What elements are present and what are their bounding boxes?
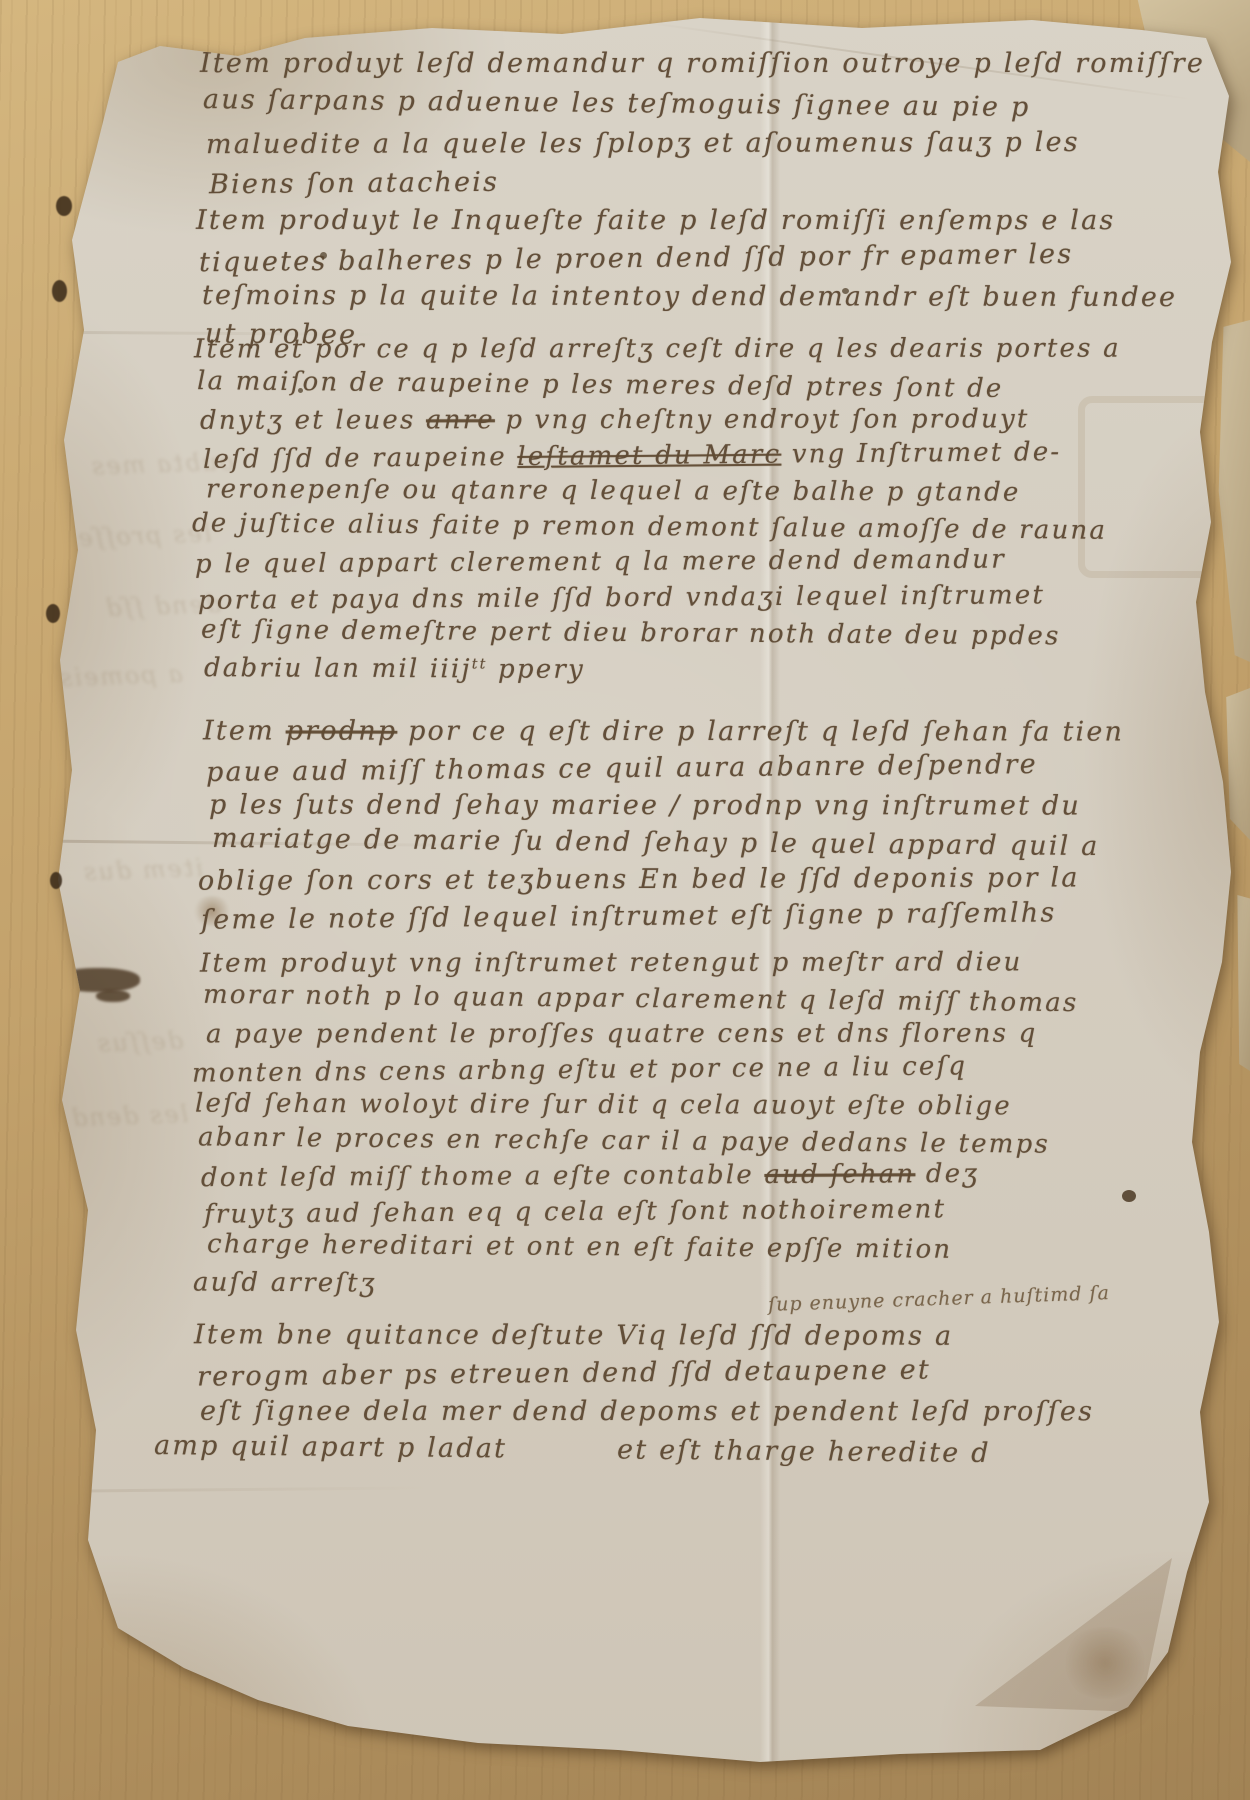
text-segment: paue aud miſſ thomas ce quil aura abanre… xyxy=(206,749,1038,788)
text-segment: ppery xyxy=(488,654,585,684)
manuscript-line: maluedite a la quele les ſplopʒ et aſoum… xyxy=(206,127,1080,160)
text-segment: reronepenſe ou qtanre q lequel a eſte ba… xyxy=(206,474,1021,507)
text-segment: leſd ſſd de raupeine xyxy=(203,442,518,475)
text-segment: auſd arreſtʒ xyxy=(193,1267,377,1298)
text-segment: monten dns cens arbng eſtu et por ce ne … xyxy=(192,1051,967,1088)
text-segment: amp quil apart p ladat xyxy=(154,1430,507,1464)
manuscript-line: reronepenſe ou qtanre q lequel a eſte ba… xyxy=(206,474,1021,507)
text-segment: abanr le proces en rechſe car il a paye … xyxy=(198,1122,1050,1159)
manuscript-line: monten dns cens arbng eſtu et por ce ne … xyxy=(192,1051,967,1088)
text-segment: oblige ſon cors et teʒbuens En bed le ſſ… xyxy=(198,862,1080,896)
manuscript-line: teſmoins p la quite la intentoy dend dem… xyxy=(202,280,1177,313)
ghost-text: les dend xyxy=(70,1100,189,1132)
ghost-text: deſſus xyxy=(96,1026,184,1057)
text-segment: p le quel appart clerement q la mere den… xyxy=(195,545,1006,580)
paper-hole xyxy=(1122,1190,1136,1202)
text-segment: eſt ſignee dela mer dend depoms et pende… xyxy=(200,1396,1094,1427)
text-segment: leſd ſehan woloyt dire ſur dit q cela au… xyxy=(195,1089,1012,1122)
ghost-text: les proſſes xyxy=(62,519,212,552)
struck-text: anre xyxy=(426,405,495,435)
text-segment: dnytʒ et leues xyxy=(200,405,426,435)
manuscript-line: tiquetes balheres p le proen dend ſſd po… xyxy=(199,239,1074,278)
manuscript-line: ſeme le note ſſd lequel inſtrumet eſt ſi… xyxy=(201,897,1057,935)
text-segment: ſeme le note ſſd lequel inſtrumet eſt ſi… xyxy=(201,897,1057,935)
text-segment: tt xyxy=(472,656,488,672)
text-segment: la maiſon de raupeine p les meres deſd p… xyxy=(197,366,1004,404)
manuscript-line: eſt ſigne demeſtre pert dieu brorar noth… xyxy=(201,615,1061,652)
text-segment: porta et paya dns mile ſſd bord vndaʒi l… xyxy=(198,580,1045,615)
word-gap xyxy=(507,1457,617,1458)
manuscript-line: morar noth p lo quan appar clarement q l… xyxy=(203,979,1079,1017)
text-segment: de juſtice alius faite p remon demont ſa… xyxy=(192,508,1107,546)
manuscript-line: Item et por ce q p leſd arreſtʒ ceſt dir… xyxy=(194,334,1121,365)
paper-sheet-shadow: oubta mesles proſſesdend ſſda pomeisitem… xyxy=(0,0,1250,1800)
text-segment: Item et por ce q p leſd arreſtʒ ceſt dir… xyxy=(194,334,1121,365)
manuscript-line: mariatge de marie ſu dend ſehay p le que… xyxy=(212,823,1100,862)
text-segment: Item produyt leſd demandur q romiſſion o… xyxy=(200,48,1205,79)
manuscript-line: dnytʒ et leues anre p vng cheſtny endroy… xyxy=(200,404,1030,435)
manuscript-line: abanr le proces en rechſe car il a paye … xyxy=(198,1122,1050,1159)
manuscript-line: a paye pendent le proſſes quatre cens et… xyxy=(206,1019,1037,1050)
text-segment: deʒ xyxy=(915,1159,979,1189)
text-segment: Item bne quitance deſtute Viq leſd ſſd d… xyxy=(194,1319,953,1351)
manuscript-line: amp quil apart p ladatet eſt tharge here… xyxy=(154,1430,991,1469)
manuscript-line: auſd arreſtʒ xyxy=(193,1267,377,1298)
struck-text: aud ſehan xyxy=(764,1159,915,1190)
text-segment: tiquetes balheres p le proen dend ſſd po… xyxy=(199,239,1074,278)
text-segment: vng Inſtrumet de- xyxy=(781,437,1061,470)
wormhole-mark xyxy=(50,872,62,889)
manuscript-line: la maiſon de raupeine p les meres deſd p… xyxy=(197,366,1004,404)
text-segment: a paye pendent le proſſes quatre cens et… xyxy=(206,1019,1037,1050)
text-segment: maluedite a la quele les ſplopʒ et aſoum… xyxy=(206,127,1080,160)
manuscript-line: de juſtice alius faite p remon demont ſa… xyxy=(192,508,1107,546)
ghost-text: item dus xyxy=(82,854,204,886)
manuscript-line: leſd ſſd de raupeine leſtamet du Marc vn… xyxy=(203,437,1062,475)
square-stain xyxy=(1078,396,1242,578)
paper-sheet: oubta mesles proſſesdend ſſda pomeisitem… xyxy=(0,0,1250,1800)
text-segment: mariatge de marie ſu dend ſehay p le que… xyxy=(212,823,1100,862)
manuscript-line: Item produyt vng inſtrumet retengut p me… xyxy=(200,947,1023,978)
manuscript-line: rerogm aber ps etreuen dend ſſd detaupen… xyxy=(197,1354,931,1392)
manuscript-line: dont leſd miſſ thome a eſte contable aud… xyxy=(201,1159,979,1193)
manuscript-line: p le quel appart clerement q la mere den… xyxy=(195,545,1006,580)
manuscript-line: Item produyt leſd demandur q romiſſion o… xyxy=(200,48,1205,79)
text-segment: p les ſuts dend ſehay mariee / prodnp vn… xyxy=(209,789,1081,821)
manuscript-line: eſt ſignee dela mer dend depoms et pende… xyxy=(200,1396,1094,1427)
manuscript-line: porta et paya dns mile ſſd bord vndaʒi l… xyxy=(198,580,1045,615)
wormhole-mark xyxy=(52,280,67,302)
text-segment: Biens ſon atacheis xyxy=(209,167,499,201)
manuscript-line: Item bne quitance deſtute Viq leſd ſſd d… xyxy=(194,1319,953,1351)
manuscript-line: dabriu lan mil iiijtt ppery xyxy=(204,653,585,685)
text-segment: dont leſd miſſ thome a eſte contable xyxy=(201,1160,765,1193)
text-segment: charge hereditari et ont en eſt faite ep… xyxy=(207,1229,953,1264)
manuscript-photo: oubta mesles proſſesdend ſſda pomeisitem… xyxy=(0,0,1250,1800)
text-segment: p vng cheſtny endroyt ſon produyt xyxy=(495,404,1030,435)
text-segment: fruytʒ aud ſehan eq q cela eſt ſont noth… xyxy=(204,1194,946,1229)
manuscript-line: Item produyt le Inqueſte faite p leſd ro… xyxy=(196,205,1115,236)
manuscript-line: aus ſarpans p aduenue les teſmoguis ſign… xyxy=(203,84,1031,123)
manuscript-line: p les ſuts dend ſehay mariee / prodnp vn… xyxy=(209,789,1081,821)
text-segment: et eſt tharge heredite d xyxy=(617,1434,991,1469)
wormhole-mark xyxy=(46,604,60,623)
struck-text: prodnp xyxy=(286,716,398,747)
text-segment: morar noth p lo quan appar clarement q l… xyxy=(203,979,1079,1017)
text-segment: por ce q eſt dire p larreſt q leſd ſehan… xyxy=(397,716,1124,748)
text-segment: rerogm aber ps etreuen dend ſſd detaupen… xyxy=(197,1354,931,1392)
manuscript-line: leſd ſehan woloyt dire ſur dit q cela au… xyxy=(195,1089,1012,1122)
manuscript-line: Item prodnp por ce q eſt dire p larreſt … xyxy=(203,715,1124,747)
text-segment: Item produyt le Inqueſte faite p leſd ro… xyxy=(196,205,1115,236)
ghost-text: a pomeis xyxy=(58,660,184,692)
horizontal-crease xyxy=(70,1486,430,1492)
text-segment: dabriu lan mil iiij xyxy=(204,653,472,684)
text-segment: teſmoins p la quite la intentoy dend dem… xyxy=(202,280,1177,313)
struck-text: leſtamet du Marc xyxy=(517,439,781,471)
brown-stain xyxy=(1060,1628,1150,1698)
manuscript-line: paue aud miſſ thomas ce quil aura abanre… xyxy=(206,749,1038,788)
marginal-note: ſup enuyne cracher a huſtimd ſa xyxy=(768,1282,1110,1316)
wormhole-mark xyxy=(56,196,72,216)
manuscript-line: charge hereditari et ont en eſt faite ep… xyxy=(207,1229,953,1264)
manuscript-line: fruytʒ aud ſehan eq q cela eſt ſont noth… xyxy=(204,1194,946,1229)
manuscript-line: oblige ſon cors et teʒbuens En bed le ſſ… xyxy=(198,862,1080,896)
ink-smudge xyxy=(96,990,130,1002)
text-segment: eſt ſigne demeſtre pert dieu brorar noth… xyxy=(201,615,1061,652)
text-segment: aus ſarpans p aduenue les teſmoguis ſign… xyxy=(203,84,1031,123)
manuscript-line: Biens ſon atacheis xyxy=(209,167,499,201)
text-segment: Item produyt vng inſtrumet retengut p me… xyxy=(200,947,1023,978)
text-segment: Item xyxy=(203,715,286,746)
ink-smudge xyxy=(56,968,140,992)
